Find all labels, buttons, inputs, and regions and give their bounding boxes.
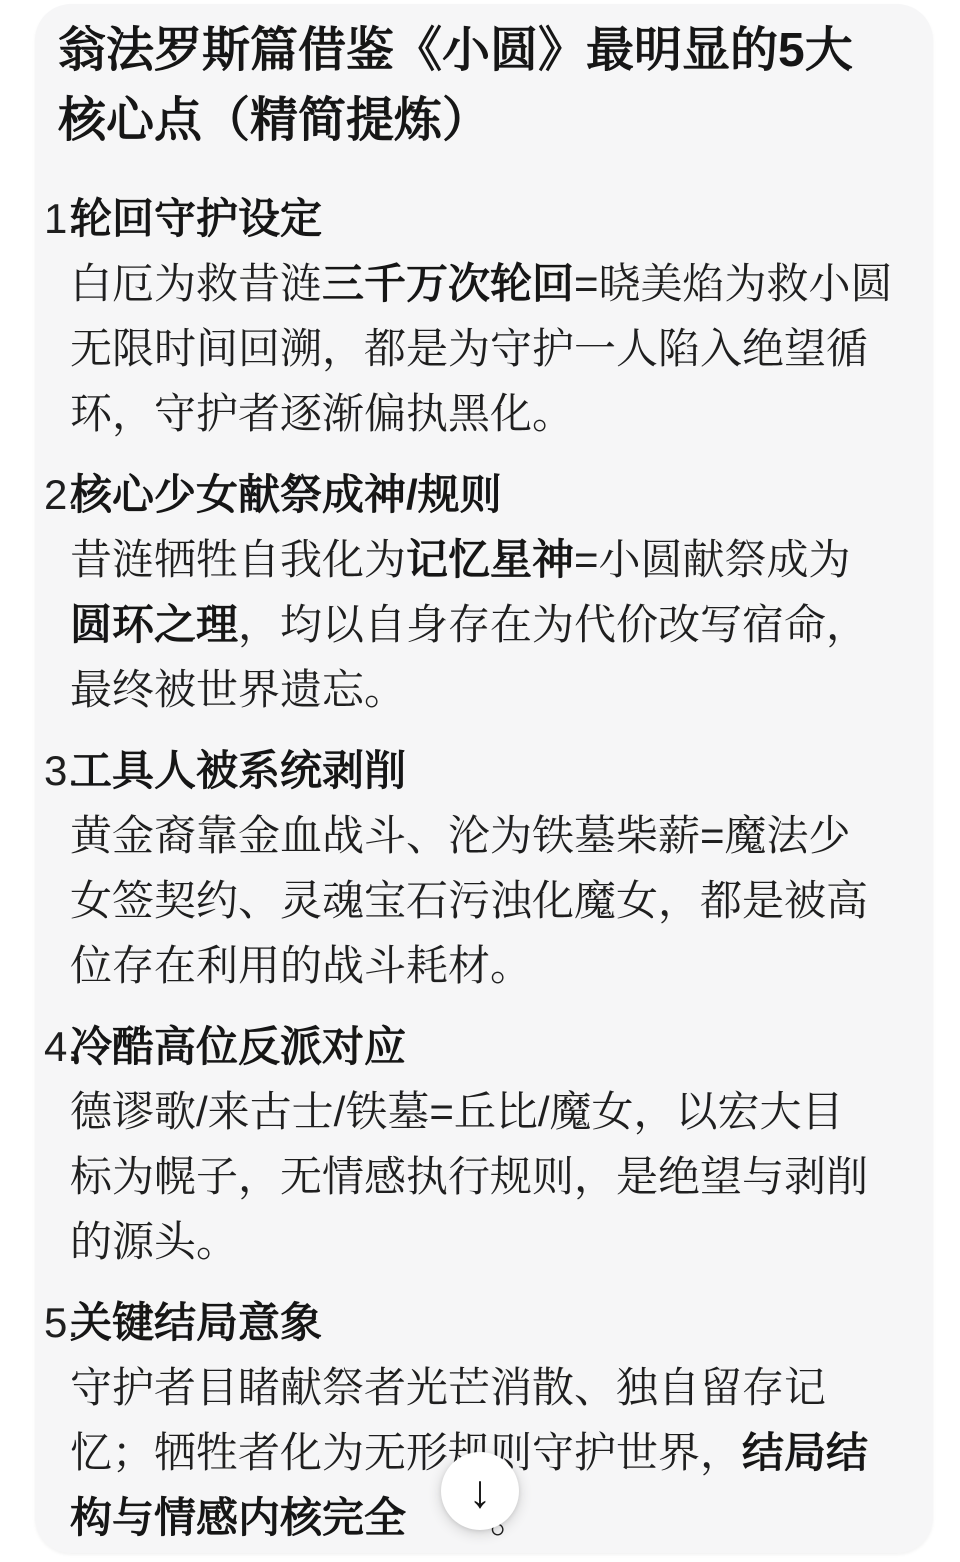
item-text-line: 标为幌子，无情感执行规则，是绝望与剥削: [44, 1144, 913, 1209]
emphasized-text: 构与情感内核完全: [70, 1494, 406, 1541]
item-text-line: 环，守护者逐渐偏执黑化。: [44, 381, 913, 446]
item-heading-line: 5.关键结局意象: [44, 1290, 913, 1355]
item-number: 5.: [44, 1290, 70, 1355]
body-text: 无限时间回溯，都是为守护一人陷入绝望循: [70, 325, 868, 372]
item-text-line: 圆环之理，均以自身存在为代价改写宿命，: [44, 592, 913, 657]
item-text-line: 女签契约、灵魂宝石污浊化魔女，都是被高: [44, 868, 913, 933]
item-number: 4.: [44, 1014, 70, 1079]
assistant-message-bubble: 翁法罗斯篇借鉴《小圆》最明显的5大 核心点（精简提炼） 1.轮回守护设定白厄为救…: [35, 4, 933, 1553]
chat-page: 翁法罗斯篇借鉴《小圆》最明显的5大 核心点（精简提炼） 1.轮回守护设定白厄为救…: [0, 0, 960, 1562]
list-item: 2.核心少女献祭成神/规则昔涟牺牲自我化为记忆星神=小圆献祭成为圆环之理，均以自…: [44, 462, 913, 722]
item-text-line: 无限时间回溯，都是为守护一人陷入绝望循: [44, 316, 913, 381]
message-title: 翁法罗斯篇借鉴《小圆》最明显的5大 核心点（精简提炼）: [58, 16, 913, 156]
item-heading-line: 3.工具人被系统剥削: [44, 738, 913, 803]
body-text: ，均以自身存在为代价改写宿命，: [238, 601, 868, 648]
body-text: 守护者目睹献祭者光芒消散、独自留存记: [70, 1364, 826, 1411]
item-heading: 核心少女献祭成神/规则: [70, 471, 502, 518]
title-line-1: 翁法罗斯篇借鉴《小圆》最明显的5大: [58, 16, 913, 86]
item-heading-line: 4.冷酷高位反派对应: [44, 1014, 913, 1079]
body-text: 德谬歌/来古士/铁墓=丘比/魔女，以宏大目: [70, 1088, 844, 1135]
item-text-line: 德谬歌/来古士/铁墓=丘比/魔女，以宏大目: [44, 1079, 913, 1144]
item-text-line: 最终被世界遗忘。: [44, 657, 913, 722]
item-heading: 工具人被系统剥削: [70, 747, 406, 794]
item-heading: 关键结局意象: [70, 1299, 322, 1346]
item-heading-line: 1.轮回守护设定: [44, 186, 913, 251]
emphasized-text: 圆环之理: [70, 601, 238, 648]
item-number: 3.: [44, 738, 70, 803]
item-heading: 冷酷高位反派对应: [70, 1023, 406, 1070]
body-text: 的源头。: [70, 1218, 238, 1265]
body-text: =小圆献祭成为: [574, 536, 851, 583]
emphasized-text: 三千万次轮回: [322, 260, 574, 307]
body-text: 昔涟牺牲自我化为: [70, 536, 406, 583]
body-text: 环，守护者逐渐偏执黑化。: [70, 390, 574, 437]
list-item: 4.冷酷高位反派对应德谬歌/来古士/铁墓=丘比/魔女，以宏大目标为幌子，无情感执…: [44, 1014, 913, 1274]
item-text-line: 昔涟牺牲自我化为记忆星神=小圆献祭成为: [44, 527, 913, 592]
scroll-to-bottom-button[interactable]: ↓: [441, 1452, 519, 1530]
item-text-line: 守护者目睹献祭者光芒消散、独自留存记: [44, 1355, 913, 1420]
item-text-line: 位存在利用的战斗耗材。: [44, 933, 913, 998]
item-heading: 轮回守护设定: [70, 195, 322, 242]
title-line-2: 核心点（精简提炼）: [58, 86, 913, 156]
body-text: 白厄为救昔涟: [70, 260, 322, 307]
body-text: 女签契约、灵魂宝石污浊化魔女，都是被高: [70, 877, 868, 924]
item-text-line: 的源头。: [44, 1209, 913, 1274]
emphasized-text: 结局结: [742, 1429, 868, 1476]
item-heading-line: 2.核心少女献祭成神/规则: [44, 462, 913, 527]
body-text: 忆；牺牲者化为无形规则守护世界，: [70, 1429, 742, 1476]
item-number: 2.: [44, 462, 70, 527]
list-item: 3.工具人被系统剥削黄金裔靠金血战斗、沦为铁墓柴薪=魔法少女签契约、灵魂宝石污浊…: [44, 738, 913, 998]
body-text: 标为幌子，无情感执行规则，是绝望与剥削: [70, 1153, 868, 1200]
body-text: =晓美焰为救小圆: [574, 260, 893, 307]
key-points-list: 1.轮回守护设定白厄为救昔涟三千万次轮回=晓美焰为救小圆无限时间回溯，都是为守护…: [44, 186, 913, 1550]
body-text: 最终被世界遗忘。: [70, 666, 406, 713]
item-text-line: 白厄为救昔涟三千万次轮回=晓美焰为救小圆: [44, 251, 913, 316]
emphasized-text: 记忆星神: [406, 536, 574, 583]
body-text: 位存在利用的战斗耗材。: [70, 942, 532, 989]
body-text: 黄金裔靠金血战斗、沦为铁墓柴薪=魔法少: [70, 812, 851, 859]
list-item: 1.轮回守护设定白厄为救昔涟三千万次轮回=晓美焰为救小圆无限时间回溯，都是为守护…: [44, 186, 913, 446]
arrow-down-icon: ↓: [469, 1468, 492, 1514]
item-number: 1.: [44, 186, 70, 251]
item-text-line: 黄金裔靠金血战斗、沦为铁墓柴薪=魔法少: [44, 803, 913, 868]
